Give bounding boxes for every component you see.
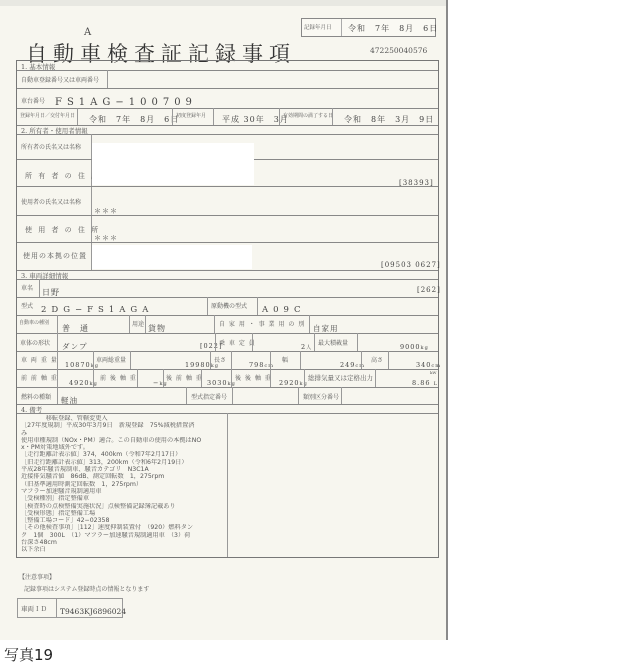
remarks-line: ［整備工場コード］42−02358 bbox=[21, 517, 226, 524]
remarks-line: ［検査時の点検整備実施状況］点検整備記録簿記載あり bbox=[21, 503, 226, 510]
divider bbox=[56, 599, 57, 617]
rear-rear-axle-label: 後 後 軸 重 bbox=[235, 373, 272, 382]
document-number: 472250040576 bbox=[370, 46, 427, 55]
fuel-type-label: 燃料の種類 bbox=[21, 392, 51, 401]
width-label: 幅 bbox=[282, 355, 288, 364]
remarks-line: マフラー加速騒音規制適用車 bbox=[21, 488, 226, 495]
capacity-value-wrap: 2人 bbox=[301, 343, 312, 351]
front-front-axle-value: 4920 bbox=[69, 379, 90, 387]
remarks-line: ［その他検査事項］［112］速度抑制装置付 （920）燃料タン bbox=[21, 524, 226, 531]
remarks-text: 移転登録、管轄変更入［27年度規制］平成30年3月9日 新規登録 75%減税措置… bbox=[21, 415, 226, 554]
expiry-date-label: 有効期間の満了する日 bbox=[283, 112, 333, 119]
divider bbox=[341, 19, 342, 36]
displacement-value: 8.86 bbox=[412, 379, 430, 387]
engine-model-value: A09C bbox=[262, 305, 305, 315]
chassis-number-value: FS1AG−100709 bbox=[55, 97, 197, 108]
remarks-line: ク 1個 300L （1）マフラー加速騒音規制適用車 （3）荷 bbox=[21, 532, 226, 539]
make-label: 車名 bbox=[21, 283, 33, 292]
displacement-kw-unit: kW bbox=[430, 370, 437, 375]
length-label: 長さ bbox=[214, 355, 226, 364]
remarks-line: 以下余白 bbox=[21, 546, 226, 553]
capacity-label: 乗 車 定 員 bbox=[219, 338, 256, 347]
record-date-value: 令和 7年 8月 6日 bbox=[348, 23, 438, 34]
notes-body: 記録事項はシステム登録時点の情報となります bbox=[24, 584, 149, 593]
rear-front-axle-value: 3030 bbox=[207, 379, 228, 387]
displacement-label: 総排気量又は定格出力 bbox=[308, 373, 373, 382]
redacted-owner-info bbox=[92, 143, 254, 185]
gross-weight-value: 19980 bbox=[185, 361, 211, 369]
owner-name-label: 所有者の氏名又は名称 bbox=[21, 142, 81, 151]
base-location-label: 使用の本拠の位置 bbox=[23, 251, 87, 261]
first-registration-label: 初度登録年月 bbox=[176, 112, 206, 119]
gross-weight-label: 車両総重量 bbox=[96, 355, 126, 364]
remarks-line: 使用車種規制（NOx・PM）適合。この自動車の使用の本拠はNO bbox=[21, 437, 226, 444]
remarks-line: ［走行距離計表示値］374，400km（令和7年2月17日） bbox=[21, 451, 226, 458]
front-rear-axle-label: 前 後 軸 重 bbox=[100, 373, 137, 382]
vehicle-type-label: 自動車の種別 bbox=[19, 319, 49, 326]
remarks-line: ［受検種別］指定整備車 bbox=[21, 495, 226, 502]
expiry-date-value: 令和 8年 3月 9日 bbox=[344, 114, 434, 125]
height-value-wrap: 340cm bbox=[416, 361, 441, 369]
record-date-box: 記録年月日 令和 7年 8月 6日 bbox=[301, 18, 436, 37]
photo-caption: 写真19 bbox=[4, 644, 53, 665]
vehicle-id-label: 車両ＩＤ bbox=[21, 604, 47, 613]
private-business-label: 自 家 用 ・ 事 業 用 の 別 bbox=[219, 319, 305, 328]
use-label: 用途 bbox=[132, 319, 144, 328]
remarks-line: ［旧走行距離計表示値］313，200km（令和6年2月19日） bbox=[21, 459, 226, 466]
max-load-label: 最大積載量 bbox=[318, 338, 348, 347]
user-address-label: 使 用 者 の 住 所 bbox=[25, 225, 100, 235]
registration-date-value: 令和 7年 8月 6日 bbox=[89, 114, 179, 125]
body-shape-label: 車体の形状 bbox=[20, 338, 50, 347]
remarks-line: 近接排気騒音値 86dB、測定回転数 1，275rpm bbox=[21, 473, 226, 480]
height-label: 高さ bbox=[371, 355, 383, 364]
registration-date-label: 登録年月日／交付年月日 bbox=[20, 112, 75, 119]
registration-number-label: 自動車登録番号又は車両番号 bbox=[21, 75, 99, 84]
length-value: 798 bbox=[249, 361, 264, 369]
vehicle-id-value: T9463KJ6896024 bbox=[60, 607, 126, 616]
height-value: 340 bbox=[416, 361, 431, 369]
engine-model-label: 原動機の型式 bbox=[211, 301, 247, 310]
category-number-label: 類別区分番号 bbox=[303, 392, 339, 401]
remarks-line: 平成28年騒音規制車、騒音カテゴリ N3C1A bbox=[21, 466, 226, 473]
model-value: 2DG−FS1AGA bbox=[41, 305, 153, 315]
scan-edge bbox=[0, 0, 446, 6]
remarks-line: 台深さ48cm bbox=[21, 539, 226, 546]
type-designation-label: 型式指定番号 bbox=[191, 392, 227, 401]
vehicle-weight-value: 10870 bbox=[65, 361, 91, 369]
remarks-line: ［受検形態］指定整備工場 bbox=[21, 510, 226, 517]
rear-front-axle-label: 後 前 軸 重 bbox=[166, 373, 203, 382]
user-name-label: 使用者の氏名又は名称 bbox=[21, 197, 81, 206]
owner-address-label: 所 有 者 の 住 所 bbox=[25, 171, 100, 181]
redacted-base-location bbox=[92, 245, 252, 269]
remarks-line: み bbox=[21, 430, 226, 437]
remarks-line: x・PM対策地域外です。 bbox=[21, 444, 226, 451]
make-code: [262] bbox=[417, 286, 441, 294]
vehicle-id-box: 車両ＩＤ T9463KJ6896024 bbox=[17, 598, 123, 618]
remarks-line: （旧基準適用時測定回転数 1，275rpm） bbox=[21, 481, 226, 488]
width-value: 249 bbox=[340, 361, 355, 369]
vehicle-weight-label: 車 両 重 量 bbox=[21, 355, 58, 364]
model-label: 型式 bbox=[21, 301, 33, 310]
remarks-line: ［27年度規制］平成30年3月9日 新規登録 75%減税措置済 bbox=[21, 422, 226, 429]
remarks-line: 移転登録、管轄変更入 bbox=[21, 415, 226, 422]
displacement-value-wrap: 8.86 L bbox=[412, 379, 438, 387]
notes-title: 【注意事項】 bbox=[19, 572, 55, 581]
base-location-code: [09503 0627] bbox=[381, 261, 441, 269]
front-front-axle-label: 前 前 軸 重 bbox=[21, 373, 58, 382]
document-mark: A bbox=[84, 27, 91, 38]
record-date-label: 記録年月日 bbox=[304, 23, 332, 31]
chassis-number-label: 車台番号 bbox=[21, 96, 45, 105]
scanned-document-page: A 自動車検査証記録事項 記録年月日 令和 7年 8月 6日 472250040… bbox=[0, 0, 448, 640]
max-load-value: 9000 bbox=[400, 343, 421, 351]
inspection-form: 1. 基本情報 自動車登録番号又は車両番号 車台番号 FS1AG−100709 … bbox=[16, 60, 439, 558]
max-load-value-wrap: 9000kg bbox=[400, 343, 429, 351]
rear-rear-axle-value: 2920 bbox=[279, 379, 300, 387]
